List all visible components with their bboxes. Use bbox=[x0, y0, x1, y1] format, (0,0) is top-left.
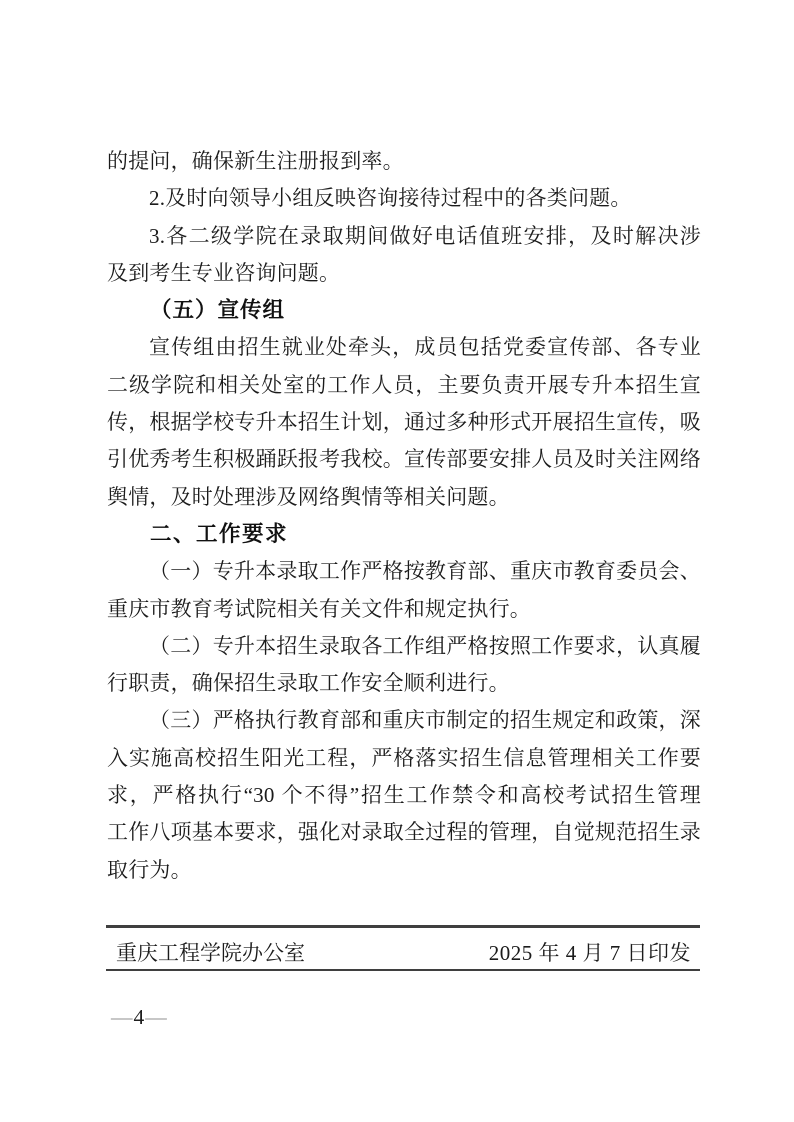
text-line: 工作八项基本要求，强化对录取全过程的管理，自觉规范招生录 bbox=[107, 814, 701, 851]
text-line: 传，根据学校专升本招生计划，通过多种形式开展招生宣传，吸 bbox=[107, 404, 701, 441]
page-number-value: 4 bbox=[133, 1005, 146, 1029]
section-heading2: （五）宣传组 bbox=[107, 292, 701, 329]
colophon: 重庆工程学院办公室 2025 年 4 月 7 日印发 bbox=[106, 941, 700, 965]
paragraph: （三）严格执行教育部和重庆市制定的招生规定和政策，深入实施高校招生阳光工程，严格… bbox=[107, 702, 701, 888]
colophon-rule-top bbox=[106, 925, 700, 928]
text-line: 及到考生专业咨询问题。 bbox=[107, 255, 701, 292]
colophon-rule-bottom bbox=[106, 969, 700, 971]
text-line: 的提问，确保新生注册报到率。 bbox=[107, 143, 701, 180]
section-heading1: 二、工作要求 bbox=[107, 516, 701, 553]
colophon-print-date: 2025 年 4 月 7 日印发 bbox=[489, 941, 691, 965]
text-line: （二）专升本招生录取各工作组严格按照工作要求，认真履 bbox=[107, 628, 701, 665]
text-line: 2.及时向领导小组反映咨询接待过程中的各类问题。 bbox=[107, 180, 701, 217]
text-line: （三）严格执行教育部和重庆市制定的招生规定和政策，深 bbox=[107, 702, 701, 739]
text-line: （一）专升本录取工作严格按教育部、重庆市教育委员会、 bbox=[107, 553, 701, 590]
colophon-issuer: 重庆工程学院办公室 bbox=[116, 941, 305, 965]
text-line: 宣传组由招生就业处牵头，成员包括党委宣传部、各专业 bbox=[107, 329, 701, 366]
text-line: 入实施高校招生阳光工程，严格落实招生信息管理相关工作要 bbox=[107, 740, 701, 777]
page-number-right-dash: — bbox=[145, 1005, 167, 1029]
text-line: 取行为。 bbox=[107, 852, 701, 889]
paragraph: （二）专升本招生录取各工作组严格按照工作要求，认真履行职责，确保招生录取工作安全… bbox=[107, 628, 701, 703]
text-line: 二级学院和相关处室的工作人员，主要负责开展专升本招生宣 bbox=[107, 367, 701, 404]
paragraph: 的提问，确保新生注册报到率。 bbox=[107, 143, 701, 180]
page-number-left-dash: — bbox=[111, 1005, 133, 1029]
text-line: 舆情，及时处理涉及网络舆情等相关问题。 bbox=[107, 479, 701, 516]
paragraph: （一）专升本录取工作严格按教育部、重庆市教育委员会、重庆市教育考试院相关有关文件… bbox=[107, 553, 701, 628]
document-body: 的提问，确保新生注册报到率。2.及时向领导小组反映咨询接待过程中的各类问题。3.… bbox=[107, 143, 701, 889]
text-line: 引优秀考生积极踊跃报考我校。宣传部要安排人员及时关注网络 bbox=[107, 441, 701, 478]
text-line: 3.各二级学院在录取期间做好电话值班安排，及时解决涉 bbox=[107, 218, 701, 255]
text-line: （五）宣传组 bbox=[107, 292, 701, 329]
text-line: 重庆市教育考试院相关有关文件和规定执行。 bbox=[107, 591, 701, 628]
paragraph: 2.及时向领导小组反映咨询接待过程中的各类问题。 bbox=[107, 180, 701, 217]
paragraph: 3.各二级学院在录取期间做好电话值班安排，及时解决涉及到考生专业咨询问题。 bbox=[107, 218, 701, 293]
text-line: 二、工作要求 bbox=[107, 516, 701, 553]
document-page: 的提问，确保新生注册报到率。2.及时向领导小组反映咨询接待过程中的各类问题。3.… bbox=[0, 0, 794, 1122]
text-line: 求，严格执行“30 个不得”招生工作禁令和高校考试招生管理 bbox=[107, 777, 701, 814]
paragraph: 宣传组由招生就业处牵头，成员包括党委宣传部、各专业二级学院和相关处室的工作人员，… bbox=[107, 329, 701, 515]
text-line: 行职责，确保招生录取工作安全顺利进行。 bbox=[107, 665, 701, 702]
page-number: —4— bbox=[111, 1005, 167, 1029]
